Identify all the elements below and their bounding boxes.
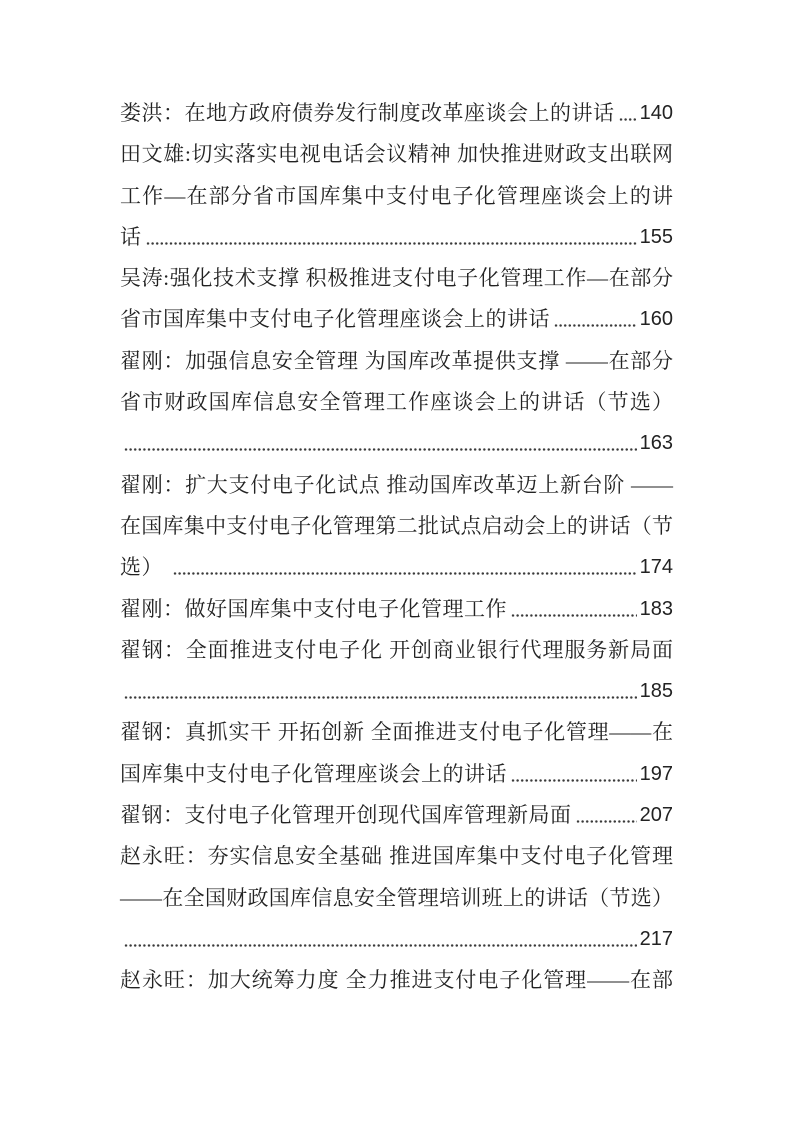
page-number: 207 bbox=[640, 795, 673, 836]
toc-line-text: 赵永旺：加大统筹力度 全力推进支付电子化管理——在部 bbox=[120, 960, 673, 1001]
toc-line-text: 翟钢：支付电子化管理开创现代国库管理新局面 bbox=[120, 795, 572, 836]
page-number: 140 bbox=[640, 93, 673, 134]
toc-line: 赵永旺：加大统筹力度 全力推进支付电子化管理——在部 bbox=[120, 960, 673, 1001]
dot-leader bbox=[576, 795, 637, 836]
toc-line-text: 赵永旺：夯实信息安全基础 推进国库集中支付电子化管理 bbox=[120, 836, 673, 877]
toc-line: 翟钢：支付电子化管理开创现代国库管理新局面 207 bbox=[120, 795, 673, 836]
dot-leader bbox=[124, 671, 637, 712]
toc-line: 吴涛:强化技术支撑 积极推进支付电子化管理工作—在部分 bbox=[120, 258, 673, 299]
toc-line: 国库集中支付电子化管理座谈会上的讲话 197 bbox=[120, 754, 673, 795]
toc-line-text: 省市国库集中支付电子化管理座谈会上的讲话 bbox=[120, 299, 550, 340]
document-page: 娄洪：在地方政府债券发行制度改革座谈会上的讲话 140 田文雄:切实落实电视电话… bbox=[0, 0, 793, 1122]
toc-line-text: 国库集中支付电子化管理座谈会上的讲话 bbox=[120, 754, 507, 795]
dot-leader bbox=[511, 754, 637, 795]
toc-line-text: 话 bbox=[120, 217, 142, 258]
toc-line-text: 在国库集中支付电子化管理第二批试点启动会上的讲话（节 bbox=[120, 506, 673, 547]
toc-list: 娄洪：在地方政府债券发行制度改革座谈会上的讲话 140 田文雄:切实落实电视电话… bbox=[120, 93, 673, 1002]
toc-line-text: 翟刚：加强信息安全管理 为国库改革提供支撑 ——在部分 bbox=[120, 341, 673, 382]
dot-leader bbox=[124, 423, 637, 464]
toc-line: 翟刚：加强信息安全管理 为国库改革提供支撑 ——在部分 bbox=[120, 341, 673, 382]
toc-line: 163 bbox=[120, 423, 673, 464]
dot-leader bbox=[511, 589, 637, 630]
toc-line: 翟刚：做好国库集中支付电子化管理工作 183 bbox=[120, 589, 673, 630]
toc-line: ——在全国财政国库信息安全管理培训班上的讲话（节选） bbox=[120, 878, 673, 919]
toc-line-text: 翟钢：真抓实干 开拓创新 全面推进支付电子化管理——在 bbox=[120, 712, 673, 753]
toc-line-text: 吴涛:强化技术支撑 积极推进支付电子化管理工作—在部分 bbox=[120, 258, 673, 299]
toc-line-text: 翟钢：全面推进支付电子化 开创商业银行代理服务新局面 bbox=[120, 630, 673, 671]
page-number: 183 bbox=[640, 589, 673, 630]
toc-line: 选） 174 bbox=[120, 547, 673, 588]
toc-line: 娄洪：在地方政府债券发行制度改革座谈会上的讲话 140 bbox=[120, 93, 673, 134]
toc-line-text: 翟刚：扩大支付电子化试点 推动国库改革迈上新台阶 —— bbox=[120, 465, 673, 506]
toc-line: 翟刚：扩大支付电子化试点 推动国库改革迈上新台阶 —— bbox=[120, 465, 673, 506]
toc-line: 工作—在部分省市国库集中支付电子化管理座谈会上的讲 bbox=[120, 176, 673, 217]
page-number: 174 bbox=[640, 547, 673, 588]
toc-line: 田文雄:切实落实电视电话会议精神 加快推进财政支出联网 bbox=[120, 134, 673, 175]
page-number: 185 bbox=[640, 671, 673, 712]
page-number: 163 bbox=[640, 423, 673, 464]
toc-line-text: 翟刚：做好国库集中支付电子化管理工作 bbox=[120, 589, 507, 630]
toc-line: 217 bbox=[120, 919, 673, 960]
page-number: 197 bbox=[640, 754, 673, 795]
toc-line: 185 bbox=[120, 671, 673, 712]
toc-line: 翟钢：全面推进支付电子化 开创商业银行代理服务新局面 bbox=[120, 630, 673, 671]
dot-leader bbox=[619, 93, 637, 134]
dot-leader bbox=[554, 299, 637, 340]
toc-line-text: 田文雄:切实落实电视电话会议精神 加快推进财政支出联网 bbox=[120, 134, 673, 175]
page-number: 217 bbox=[640, 919, 673, 960]
toc-line: 话 155 bbox=[120, 217, 673, 258]
toc-line-text: 娄洪：在地方政府债券发行制度改革座谈会上的讲话 bbox=[120, 93, 615, 134]
toc-line-text: 选） bbox=[120, 547, 169, 588]
toc-line: 翟钢：真抓实干 开拓创新 全面推进支付电子化管理——在 bbox=[120, 712, 673, 753]
dot-leader bbox=[146, 217, 637, 258]
page-number: 155 bbox=[640, 217, 673, 258]
dot-leader bbox=[124, 919, 637, 960]
toc-line-text: 工作—在部分省市国库集中支付电子化管理座谈会上的讲 bbox=[120, 176, 673, 217]
toc-line: 省市国库集中支付电子化管理座谈会上的讲话 160 bbox=[120, 299, 673, 340]
toc-line-text: ——在全国财政国库信息安全管理培训班上的讲话（节选） bbox=[120, 878, 673, 919]
toc-line: 在国库集中支付电子化管理第二批试点启动会上的讲话（节 bbox=[120, 506, 673, 547]
toc-line-text: 省市财政国库信息安全管理工作座谈会上的讲话（节选） bbox=[120, 382, 673, 423]
dot-leader bbox=[173, 547, 637, 588]
toc-line: 赵永旺：夯实信息安全基础 推进国库集中支付电子化管理 bbox=[120, 836, 673, 877]
toc-line: 省市财政国库信息安全管理工作座谈会上的讲话（节选） bbox=[120, 382, 673, 423]
page-number: 160 bbox=[640, 299, 673, 340]
